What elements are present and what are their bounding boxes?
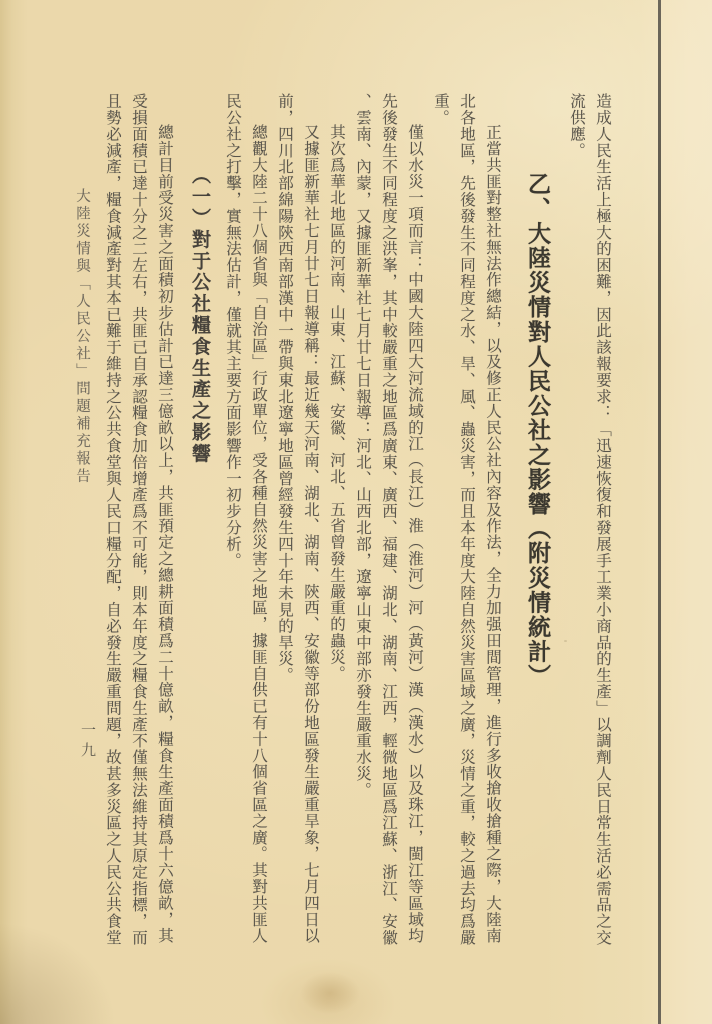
paper-speck — [470, 680, 473, 683]
body-paragraph: 正當共匪對整社無法作總結，以及修正人民公社內容及作法，全力加强田間管理，進行多收… — [428, 93, 506, 946]
page-number: 一九 — [78, 722, 99, 762]
paper-speck — [106, 760, 108, 762]
section-heading: 乙、大陸災情對人民公社之影響（附災情統計） — [515, 93, 559, 946]
page-edge-line — [658, 0, 661, 1024]
body-paragraph: 總計目前受災害之面積初步估計已達三億畝以上，共匪預定之總耕面積爲二十億畝，糧食生… — [100, 93, 178, 946]
scanned-document-page: 造成人民生活上極大的困難，因此該報要求：「迅速恢復和發展手工業小商品的生產」以調… — [0, 0, 712, 1024]
body-paragraph: 又據匪新華社七月廿七日報導稱：最近幾天河南、湖北、湖南、陝西、安徽等部份地區發生… — [272, 93, 324, 946]
running-title: 大陸災情與「人民公社」問題補充報告 — [72, 188, 93, 486]
body-paragraph: 其次爲華北地區的河南、山東、江蘇、安徽、河北、五省曾發生嚴重的蟲災。 — [324, 93, 350, 946]
paper-speck — [564, 640, 567, 642]
subsection-heading: （一）對于公社糧食生產之影響 — [183, 93, 217, 946]
paper-stain — [300, 972, 360, 1014]
body-paragraph: 總觀大陸二十八個省與「自治區」行政單位，受各種自然災害之地區，據匪自供已有十八個… — [220, 93, 272, 946]
body-paragraph: 僅以水災一項而言：中國大陸四大河流域的江（長江）淮（淮河）河（黃河）漢（漢水）以… — [350, 93, 428, 946]
body-paragraph: 造成人民生活上極大的困難，因此該報要求：「迅速恢復和發展手工業小商品的生產」以調… — [564, 93, 616, 946]
main-text-column-flow: 造成人民生活上極大的困難，因此該報要求：「迅速恢復和發展手工業小商品的生產」以調… — [100, 93, 616, 946]
